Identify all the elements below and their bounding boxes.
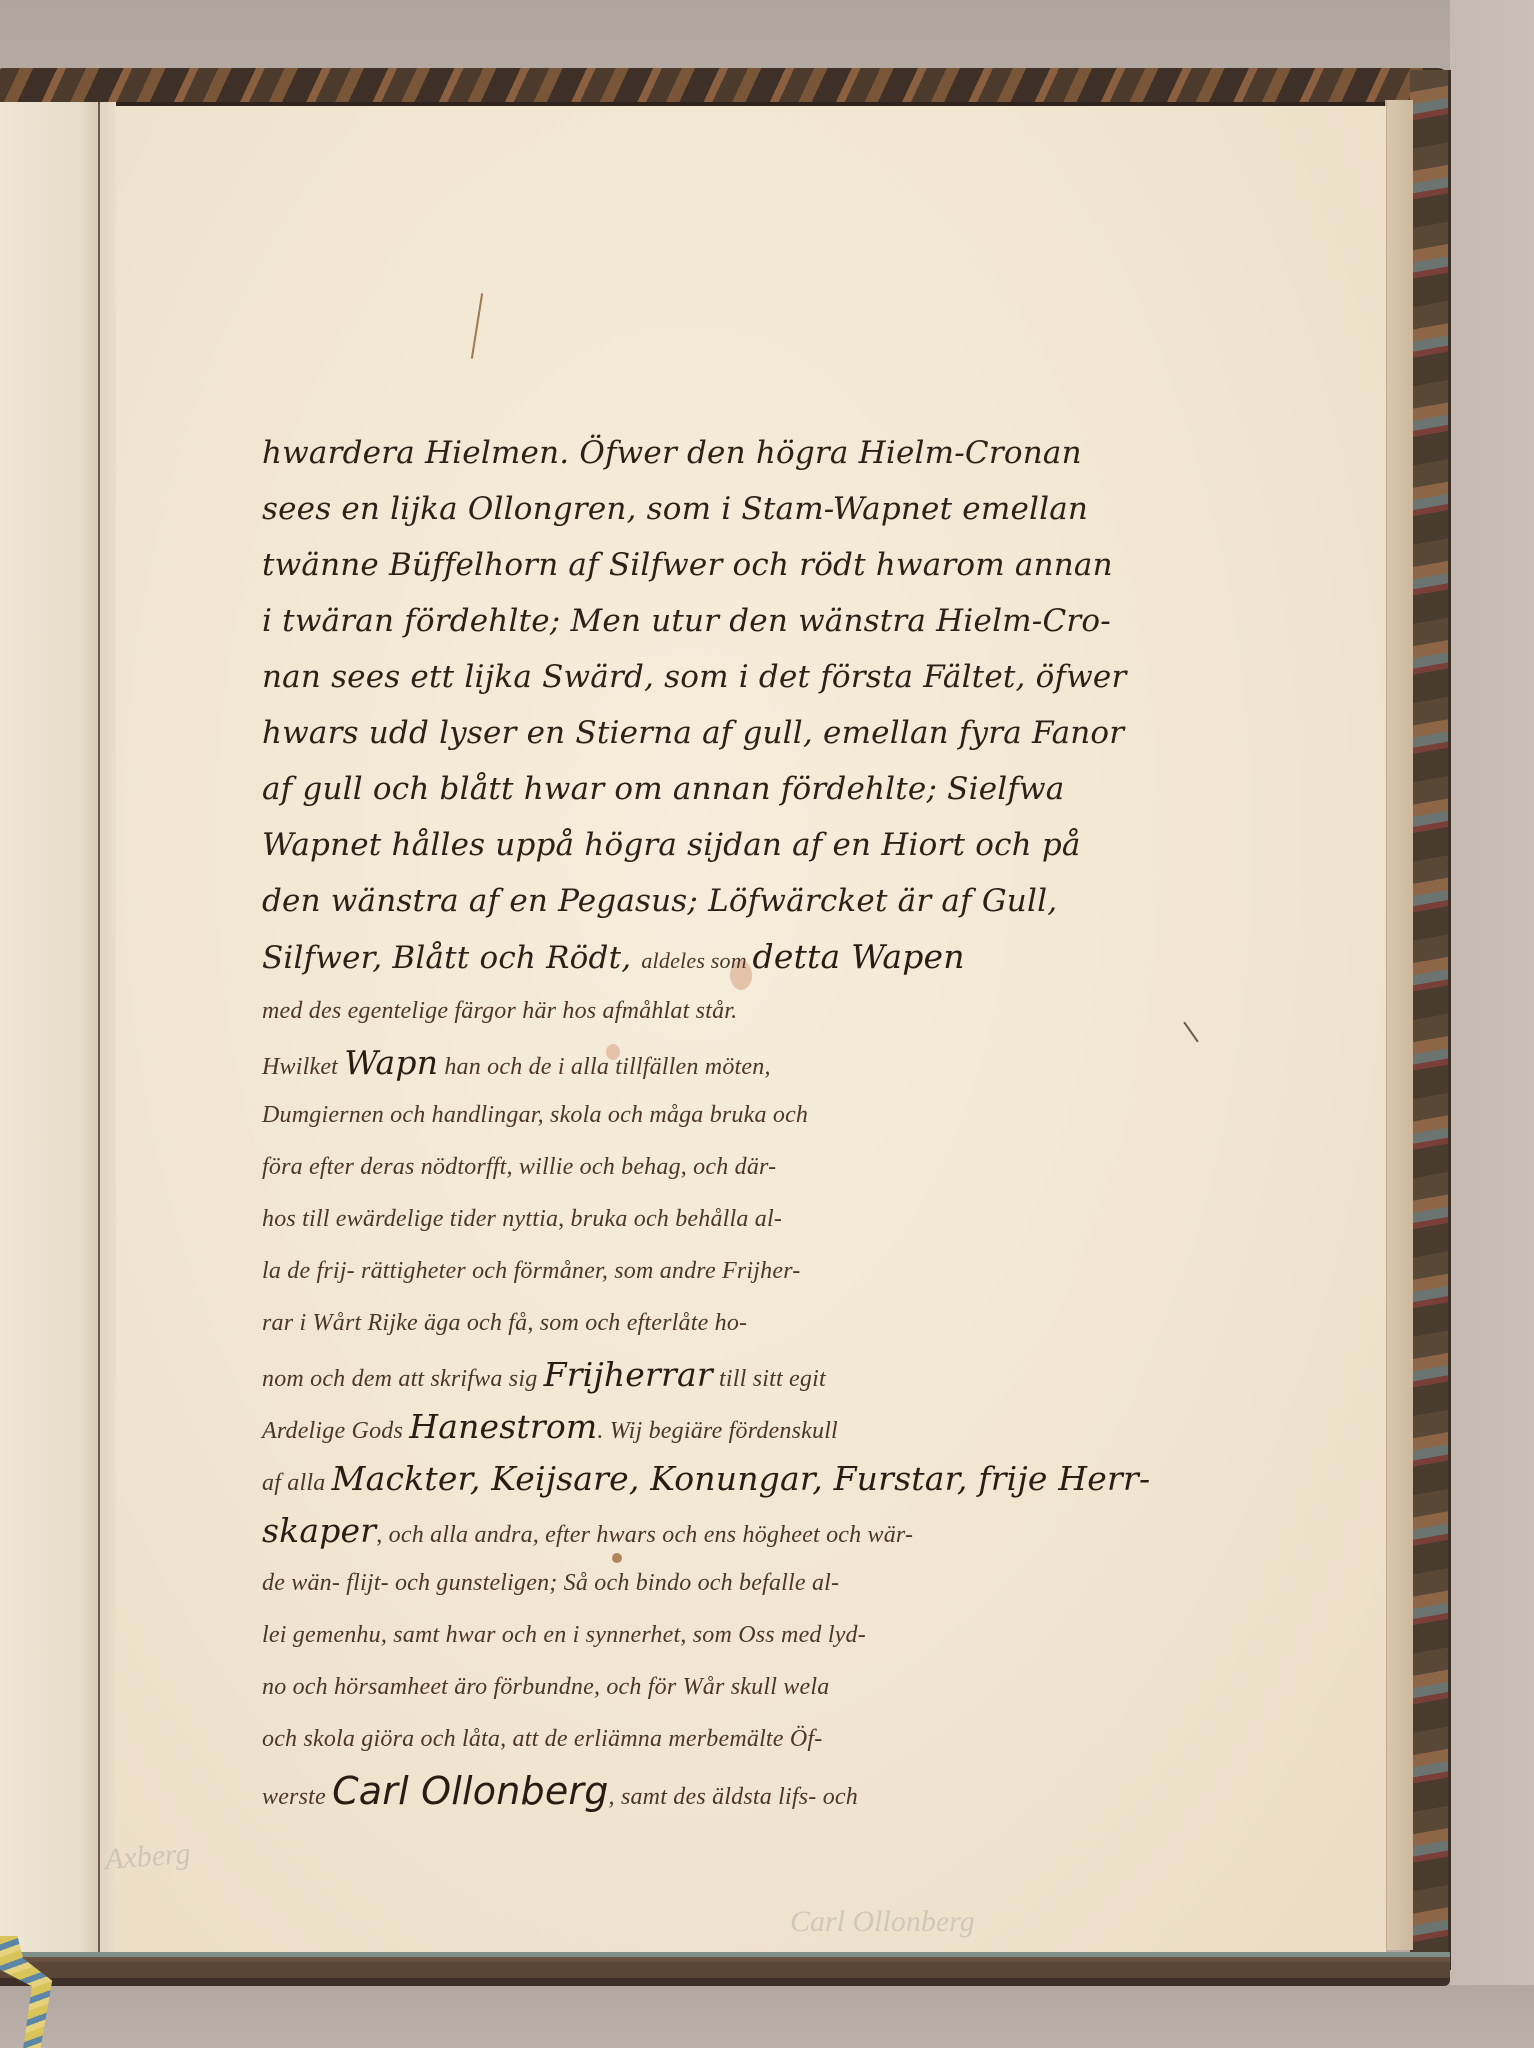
manuscript-line: nan sees ett lijka Swärd, som i det förs… [262, 649, 1162, 705]
line-segment: han och de i alla tillfällen möten, [438, 1054, 771, 1080]
left-page [0, 102, 100, 1952]
line-segment: Hwilket [262, 1054, 344, 1080]
manuscript-line: föra efter deras nödtorfft, willie och b… [262, 1141, 1162, 1193]
manuscript-line: no och hörsamheet äro förbundne, och för… [262, 1661, 1162, 1713]
manuscript-line: och skola giöra och låta, att de erliämn… [262, 1713, 1162, 1765]
manuscript-line: de wän- flijt- och gunsteligen; Så och b… [262, 1557, 1162, 1609]
manuscript-line: hwars udd lyser en Stierna af gull, emel… [262, 705, 1162, 761]
emphasized-word: Carl Ollonberg [332, 1769, 608, 1813]
manuscript-line: i twäran fördehlte; Men utur den wänstra… [262, 593, 1162, 649]
manuscript-line: af alla Mackter, Keijsare, Konungar, Fur… [262, 1453, 1162, 1505]
manuscript-line: la de frij- rättigheter och förmåner, so… [262, 1245, 1162, 1297]
line-segment: af alla [262, 1470, 332, 1496]
line-segment: , och alla andra, efter hwars och ens hö… [376, 1522, 913, 1548]
book-cover-top-edge [0, 68, 1448, 106]
scan-backdrop-bottom [0, 1985, 1534, 2048]
book-cover-bottom-edge [0, 1952, 1450, 1986]
manuscript-line: Hwilket Wapn han och de i alla tillfälle… [262, 1037, 1162, 1089]
emphasized-word: Frijherrar [544, 1355, 713, 1394]
manuscript-line: rar i Wårt Rijke äga och få, som och eft… [262, 1297, 1162, 1349]
manuscript-line: den wänstra af en Pegasus; Löfwärcket är… [262, 873, 1162, 929]
manuscript-text: hwardera Hielmen. Öfwer den högra Hielm-… [262, 425, 1162, 1817]
manuscript-line: hos till ewärdelige tider nyttia, bruka … [262, 1193, 1162, 1245]
line-segment: aldeles som [641, 948, 752, 973]
emphasized-word: detta Wapen [753, 937, 965, 976]
manuscript-line: af gull och blått hwar om annan fördehlt… [262, 761, 1162, 817]
line-segment: nom och dem att skrifwa sig [262, 1366, 544, 1392]
manuscript-line: Silfwer, Blått och Rödt, aldeles som det… [262, 929, 1162, 985]
scan-backdrop-top [0, 0, 1534, 72]
line-segment: werste [262, 1784, 332, 1810]
manuscript-line: lei gemenhu, samt hwar och en i synnerhe… [262, 1609, 1162, 1661]
faint-show-through-bottom: Carl Ollonberg [790, 1905, 975, 1939]
line-segment: Ardelige Gods [262, 1418, 409, 1444]
manuscript-line: Wapnet hålles uppå högra sijdan af en Hi… [262, 817, 1162, 873]
line-segment: Silfwer, Blått och Rödt, [262, 940, 641, 976]
manuscript-line: sees en lijka Ollongren, som i Stam-Wapn… [262, 481, 1162, 537]
manuscript-line: hwardera Hielmen. Öfwer den högra Hielm-… [262, 425, 1162, 481]
line-segment: . Wij begiäre fördenskull [597, 1418, 838, 1444]
manuscript-line: nom och dem att skrifwa sig Frijherrar t… [262, 1349, 1162, 1401]
manuscript-line: twänne Büffelhorn af Silfwer och rödt hw… [262, 537, 1162, 593]
book-cover-right-edge [1410, 70, 1451, 1970]
emphasized-word: skaper [262, 1511, 376, 1550]
manuscript-line: Dumgiernen och handlingar, skola och måg… [262, 1089, 1162, 1141]
line-segment: till sitt egit [713, 1366, 826, 1392]
manuscript-line: med des egentelige färgor här hos afmåhl… [262, 985, 1162, 1037]
emphasized-word: Hanestrom [409, 1407, 597, 1446]
line-segment: , samt des äldsta lifs- och [609, 1784, 858, 1810]
scan-backdrop-right [1450, 0, 1534, 2048]
page-fore-edge [1385, 100, 1413, 1950]
manuscript-line: werste Carl Ollonberg, samt des äldsta l… [262, 1765, 1162, 1817]
faint-show-through-left: Axberg [104, 1837, 192, 1877]
emphasized-word: Wapn [344, 1043, 438, 1082]
emphasized-word: Mackter, Keijsare, Konungar, Furstar, fr… [332, 1459, 1151, 1498]
manuscript-line: skaper, och alla andra, efter hwars och … [262, 1505, 1162, 1557]
manuscript-line: Ardelige Gods Hanestrom. Wij begiäre för… [262, 1401, 1162, 1453]
book-gutter [98, 102, 116, 1952]
